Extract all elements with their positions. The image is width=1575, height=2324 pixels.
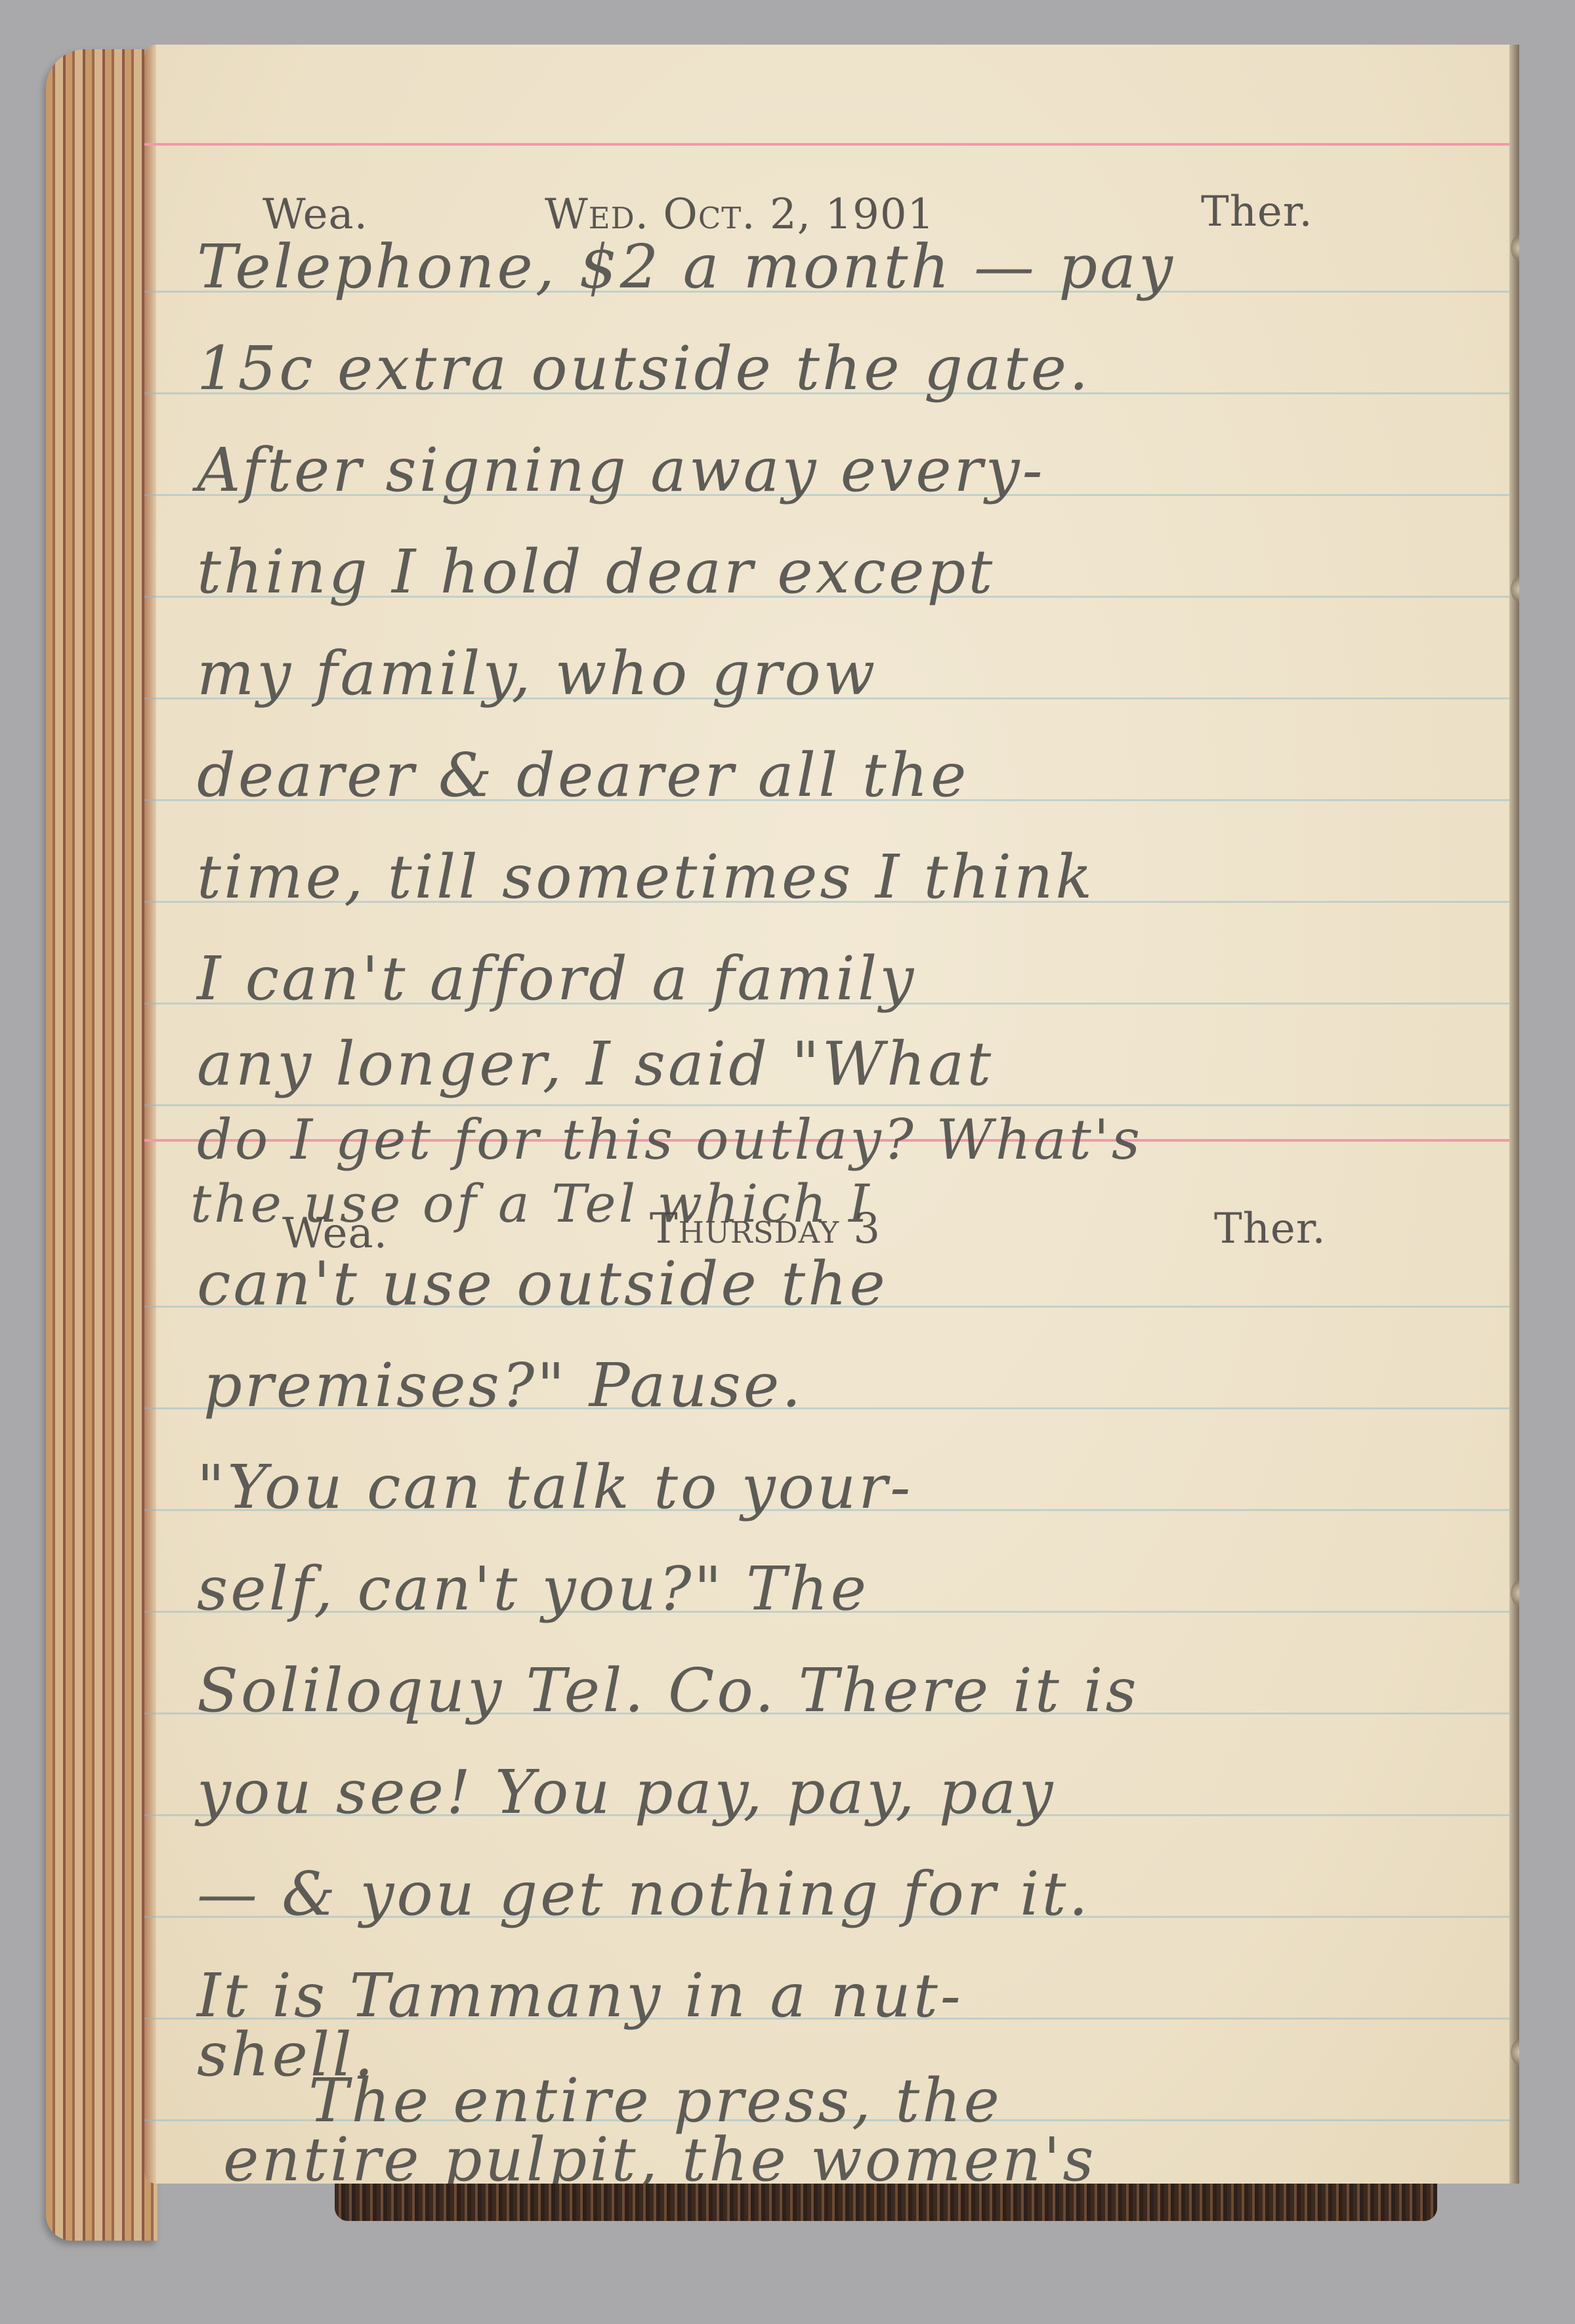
page-inner-edge (144, 45, 156, 2184)
handwritten-line: entire pulpit, the women's (223, 2125, 1097, 2184)
handwritten-line: any longer, I said "What (197, 1029, 994, 1099)
thermometer-label: Ther. (1214, 1205, 1326, 1253)
handwritten-line: Telephone, $2 a month — pay (197, 232, 1175, 302)
blue-rule (144, 1104, 1519, 1106)
handwritten-line: dearer & dearer all the (197, 740, 969, 810)
handwritten-line: "You can talk to your- (197, 1452, 913, 1522)
handwritten-line: time, till sometimes I think (197, 842, 1095, 912)
handwritten-line: my family, who grow (197, 638, 877, 709)
handwritten-line: I can't afford a family (197, 944, 916, 1014)
page-edges-stack (46, 49, 157, 2241)
handwritten-line: can't use outside the (197, 1249, 888, 1319)
handwritten-line: Soliloquy Tel. Co. There it is (197, 1655, 1139, 1726)
handwritten-line: do I get for this outlay? What's (197, 1108, 1143, 1172)
book-gutter (1509, 45, 1519, 2184)
handwritten-line: you see! You pay, pay, pay (197, 1757, 1056, 1827)
handwritten-line: self, can't you?" The (197, 1554, 869, 1624)
handwritten-line: — & you get nothing for it. (197, 1859, 1091, 1929)
thermometer-label: Ther. (1201, 188, 1313, 236)
handwritten-line: thing I hold dear except (197, 537, 995, 607)
diary-page: Wea. Wed. Oct. 2, 1901 Ther. Wea. Thursd… (144, 45, 1519, 2184)
handwritten-line: premises?" Pause. (203, 1350, 804, 1421)
red-rule (144, 143, 1519, 146)
handwritten-line: the use of a Tel which I (190, 1173, 872, 1234)
handwritten-line: 15c extra outside the gate. (197, 333, 1091, 404)
handwritten-line: After signing away every- (197, 435, 1045, 505)
